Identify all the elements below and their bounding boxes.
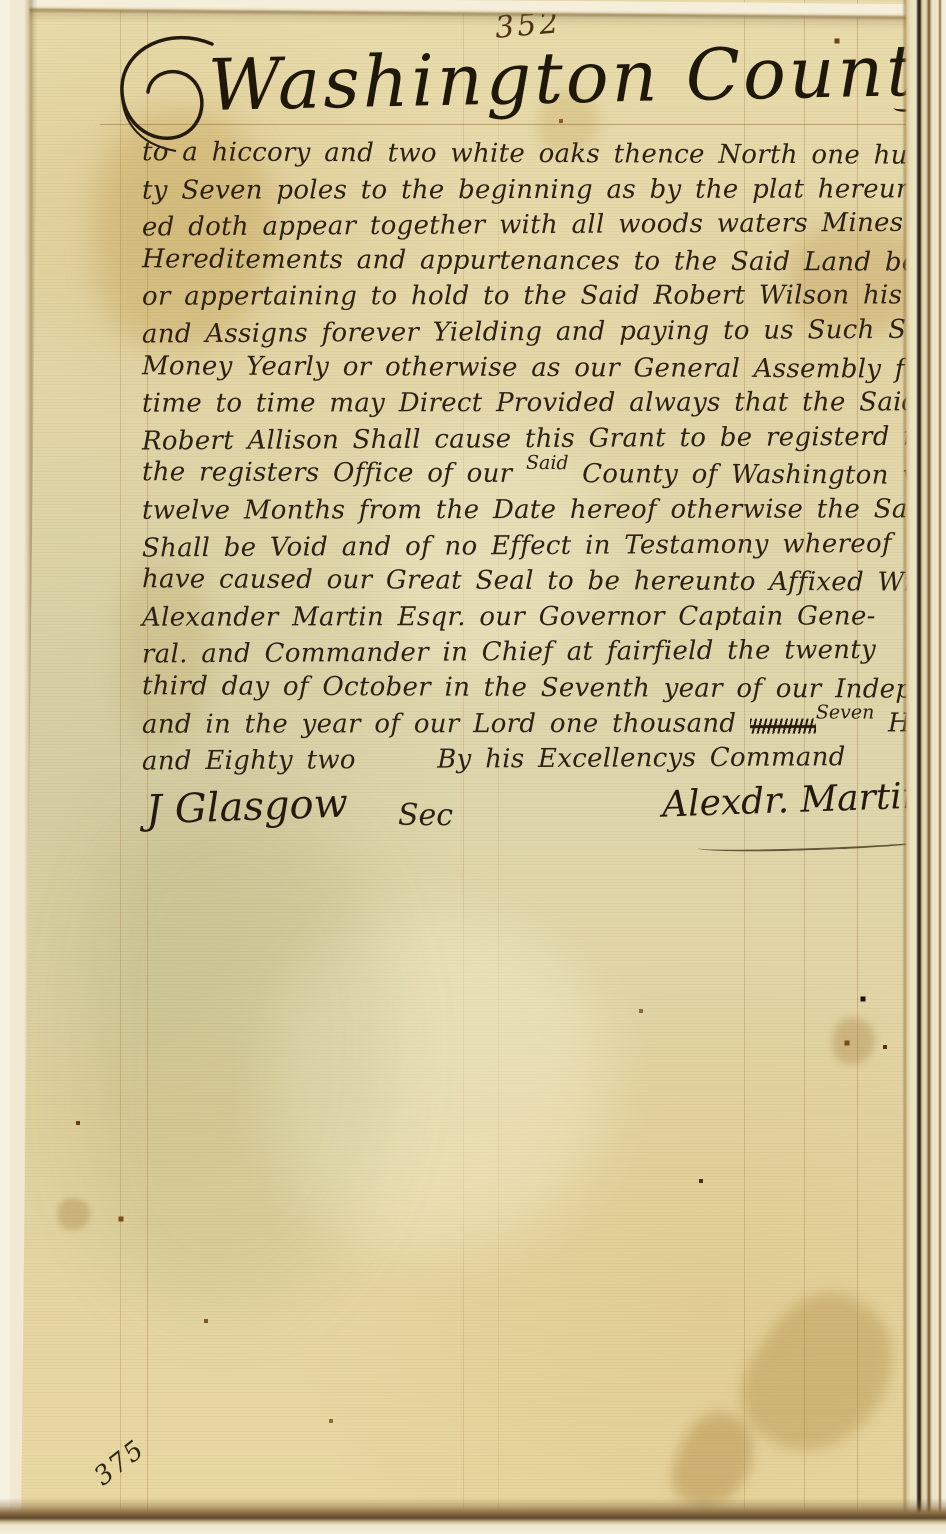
stain bbox=[85, 800, 395, 1310]
line-text: ty Seven poles to the beginning as by th… bbox=[142, 174, 946, 206]
line-text: time to time may Direct Provided always … bbox=[142, 387, 919, 418]
handwritten-line: the registers Office of our Said County … bbox=[142, 456, 942, 495]
page-edge-left bbox=[0, 0, 38, 1534]
line-text: the registers Office of our bbox=[142, 458, 526, 490]
line-text: have caused our Great Seal to be hereunt… bbox=[142, 564, 946, 598]
handwritten-line: and in the year of our Lord one thousand… bbox=[142, 706, 942, 743]
handwritten-line: ral. and Commander in Chief at fairfield… bbox=[142, 633, 942, 673]
handwritten-line: or appertaining to hold to the Said Robe… bbox=[142, 279, 942, 316]
line-text: Alexander Martin Esqr. our Governor Capt… bbox=[142, 601, 876, 632]
page-edge-top bbox=[0, 0, 946, 30]
handwritten-line: Hereditements and appurtenances to the S… bbox=[142, 242, 942, 281]
line-text: and Assigns forever Yielding and paying … bbox=[142, 314, 946, 349]
line-text: Money Yearly or otherwise as our General… bbox=[142, 351, 946, 385]
signature-underline-flourish bbox=[698, 834, 936, 854]
page-edge-bottom bbox=[0, 1498, 946, 1534]
stain bbox=[719, 1270, 920, 1480]
line-text: ed doth appear together with all woods w… bbox=[142, 207, 946, 242]
signature-secretary-title: Sec bbox=[398, 798, 453, 833]
handwritten-line: to a hiccory and two white oaks thence N… bbox=[142, 135, 942, 174]
line-text: and Eighty two By his Excellencys Comman… bbox=[142, 742, 846, 776]
line-text: to a hiccory and two white oaks thence N… bbox=[142, 137, 946, 171]
crossed-out-word bbox=[750, 718, 816, 733]
handwritten-line: and Assigns forever Yielding and paying … bbox=[142, 313, 942, 353]
page-edge-right bbox=[902, 0, 946, 1534]
signature-governor: Alexdr. Martin bbox=[661, 775, 925, 825]
line-text: or appertaining to hold to the Said Robe… bbox=[142, 281, 946, 312]
handwritten-line: ed doth appear together with all woods w… bbox=[142, 206, 942, 246]
handwritten-line: have caused our Great Seal to be hereunt… bbox=[142, 562, 942, 601]
line-text: Shall be Void and of no Effect in Testam… bbox=[142, 528, 944, 563]
inserted-word: Seven bbox=[816, 695, 875, 731]
page-title: Washington County bbox=[207, 28, 946, 127]
line-text: County of Washington within bbox=[569, 459, 946, 491]
line-text: twelve Months from the Date hereof other… bbox=[142, 494, 946, 525]
vertical-rule bbox=[120, 0, 121, 1534]
stain bbox=[275, 915, 610, 1250]
line-text: and in the year of our Lord one thousand bbox=[142, 708, 750, 739]
line-text: Hereditements and appurtenances to the S… bbox=[142, 244, 946, 278]
manuscript-page: 352 Washington County to a hiccory and t… bbox=[0, 0, 946, 1534]
handwritten-line: and Eighty two By his Excellencys Comman… bbox=[142, 740, 942, 780]
stain bbox=[58, 1198, 90, 1230]
line-text: ral. and Commander in Chief at fairfield… bbox=[142, 635, 876, 669]
handwritten-line: ty Seven poles to the beginning as by th… bbox=[142, 172, 942, 209]
handwritten-line: Alexander Martin Esqr. our Governor Capt… bbox=[142, 599, 942, 636]
inserted-word: Said bbox=[526, 446, 569, 482]
signature-secretary: J Glasgow bbox=[145, 780, 348, 833]
handwritten-line: Money Yearly or otherwise as our General… bbox=[142, 349, 942, 388]
deed-body-text: to a hiccory and two white oaks thence N… bbox=[142, 137, 942, 778]
handwritten-line: time to time may Direct Provided always … bbox=[142, 385, 942, 422]
stain bbox=[833, 1018, 875, 1064]
handwritten-line: Shall be Void and of no Effect in Testam… bbox=[142, 526, 942, 566]
handwritten-line: twelve Months from the Date hereof other… bbox=[142, 492, 942, 529]
